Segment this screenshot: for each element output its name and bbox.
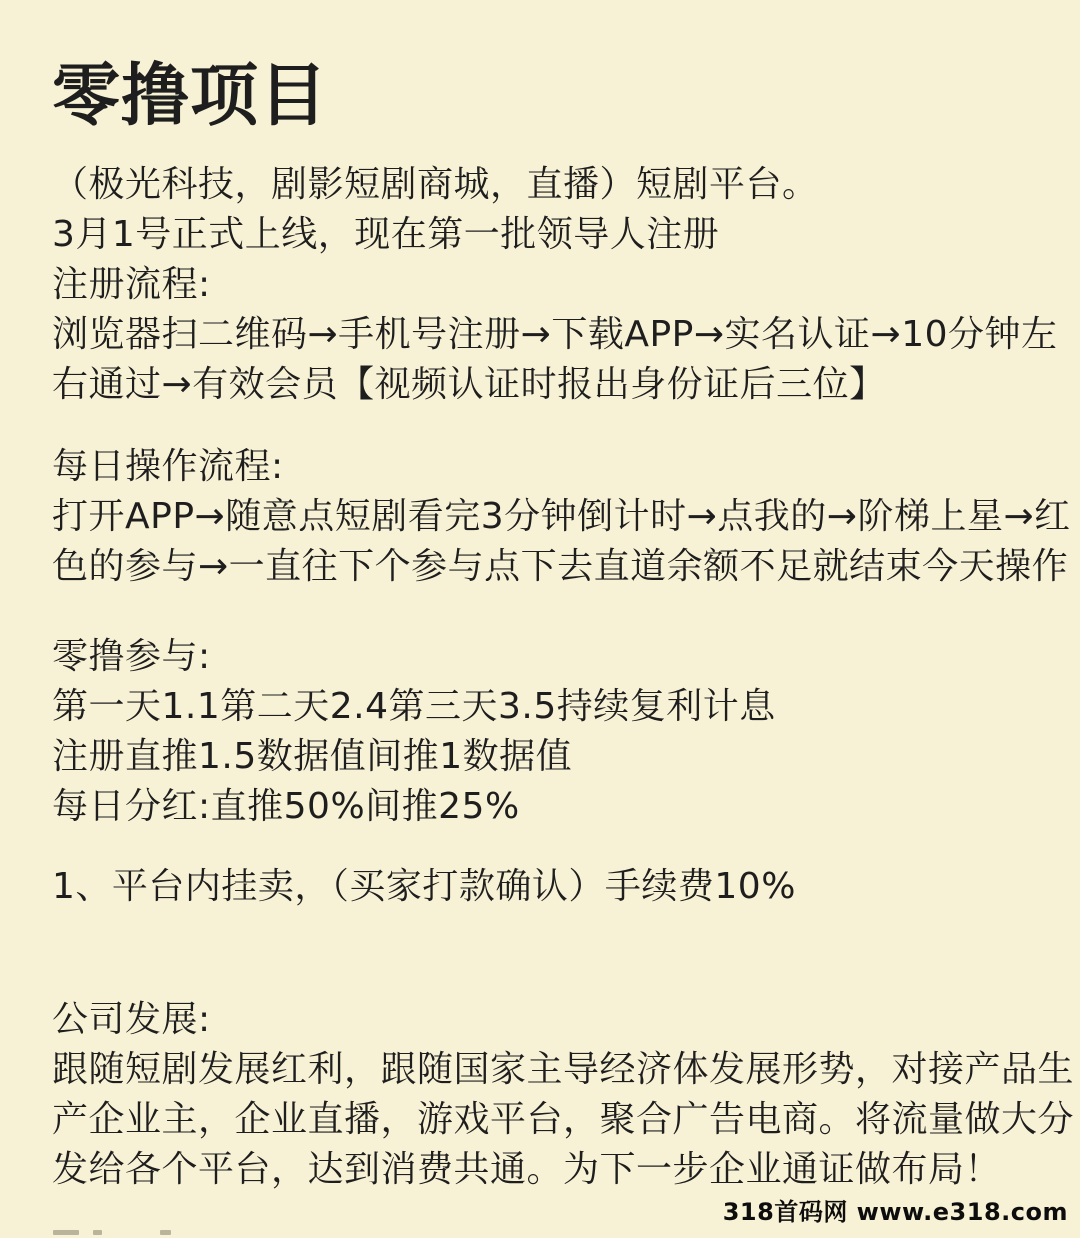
participation-line-3: 每日分红:直推50%间推25%: [52, 782, 1044, 832]
intro-line-2: 3月1号正式上线，现在第一批领导人注册: [52, 210, 1044, 260]
cutoff-mark: [160, 1230, 171, 1235]
company-heading: 公司发展:: [52, 995, 1044, 1045]
company-line-1: 跟随短剧发展红利，跟随国家主导经济体发展形势，对接产品生: [52, 1045, 1044, 1095]
cutoff-mark: [53, 1230, 79, 1235]
register-line-1: 浏览器扫二维码→手机号注册→下载APP→实名认证→10分钟左: [52, 310, 1044, 360]
cutoff-mark: [93, 1230, 102, 1235]
cutoff-text-fragment: [53, 1230, 253, 1236]
participation-line-1: 第一天1.1第二天2.4第三天3.5持续复利计息: [52, 682, 1044, 732]
sell-line: 1、平台内挂卖，（买家打款确认）手续费10%: [52, 862, 1044, 912]
register-heading: 注册流程:: [52, 260, 1044, 310]
flyer-page: 零撸项目 （极光科技，剧影短剧商城，直播）短剧平台。 3月1号正式上线，现在第一…: [0, 0, 1080, 1238]
page-title: 零撸项目: [52, 52, 1044, 142]
watermark: 318首码网 www.e318.com: [723, 1192, 1068, 1227]
participation-heading: 零撸参与:: [52, 632, 1044, 682]
daily-heading: 每日操作流程:: [52, 442, 1044, 492]
flyer-content: 零撸项目 （极光科技，剧影短剧商城，直播）短剧平台。 3月1号正式上线，现在第一…: [52, 52, 1044, 1195]
section-gap: [52, 912, 1044, 995]
section-gap: [52, 832, 1044, 862]
register-line-2: 右通过→有效会员【视频认证时报出身份证后三位】: [52, 360, 1044, 410]
daily-line-1: 打开APP→随意点短剧看完3分钟倒计时→点我的→阶梯上星→红: [52, 492, 1044, 542]
company-line-3: 发给各个平台，达到消费共通。为下一步企业通证做布局！: [52, 1145, 1044, 1195]
intro-line-1: （极光科技，剧影短剧商城，直播）短剧平台。: [52, 160, 1044, 210]
section-gap: [52, 410, 1044, 442]
participation-line-2: 注册直推1.5数据值间推1数据值: [52, 732, 1044, 782]
section-gap: [52, 592, 1044, 632]
daily-line-2: 色的参与→一直往下个参与点下去直道余额不足就结束今天操作: [52, 542, 1044, 592]
company-line-2: 产企业主，企业直播，游戏平台，聚合广告电商。将流量做大分: [52, 1095, 1044, 1145]
